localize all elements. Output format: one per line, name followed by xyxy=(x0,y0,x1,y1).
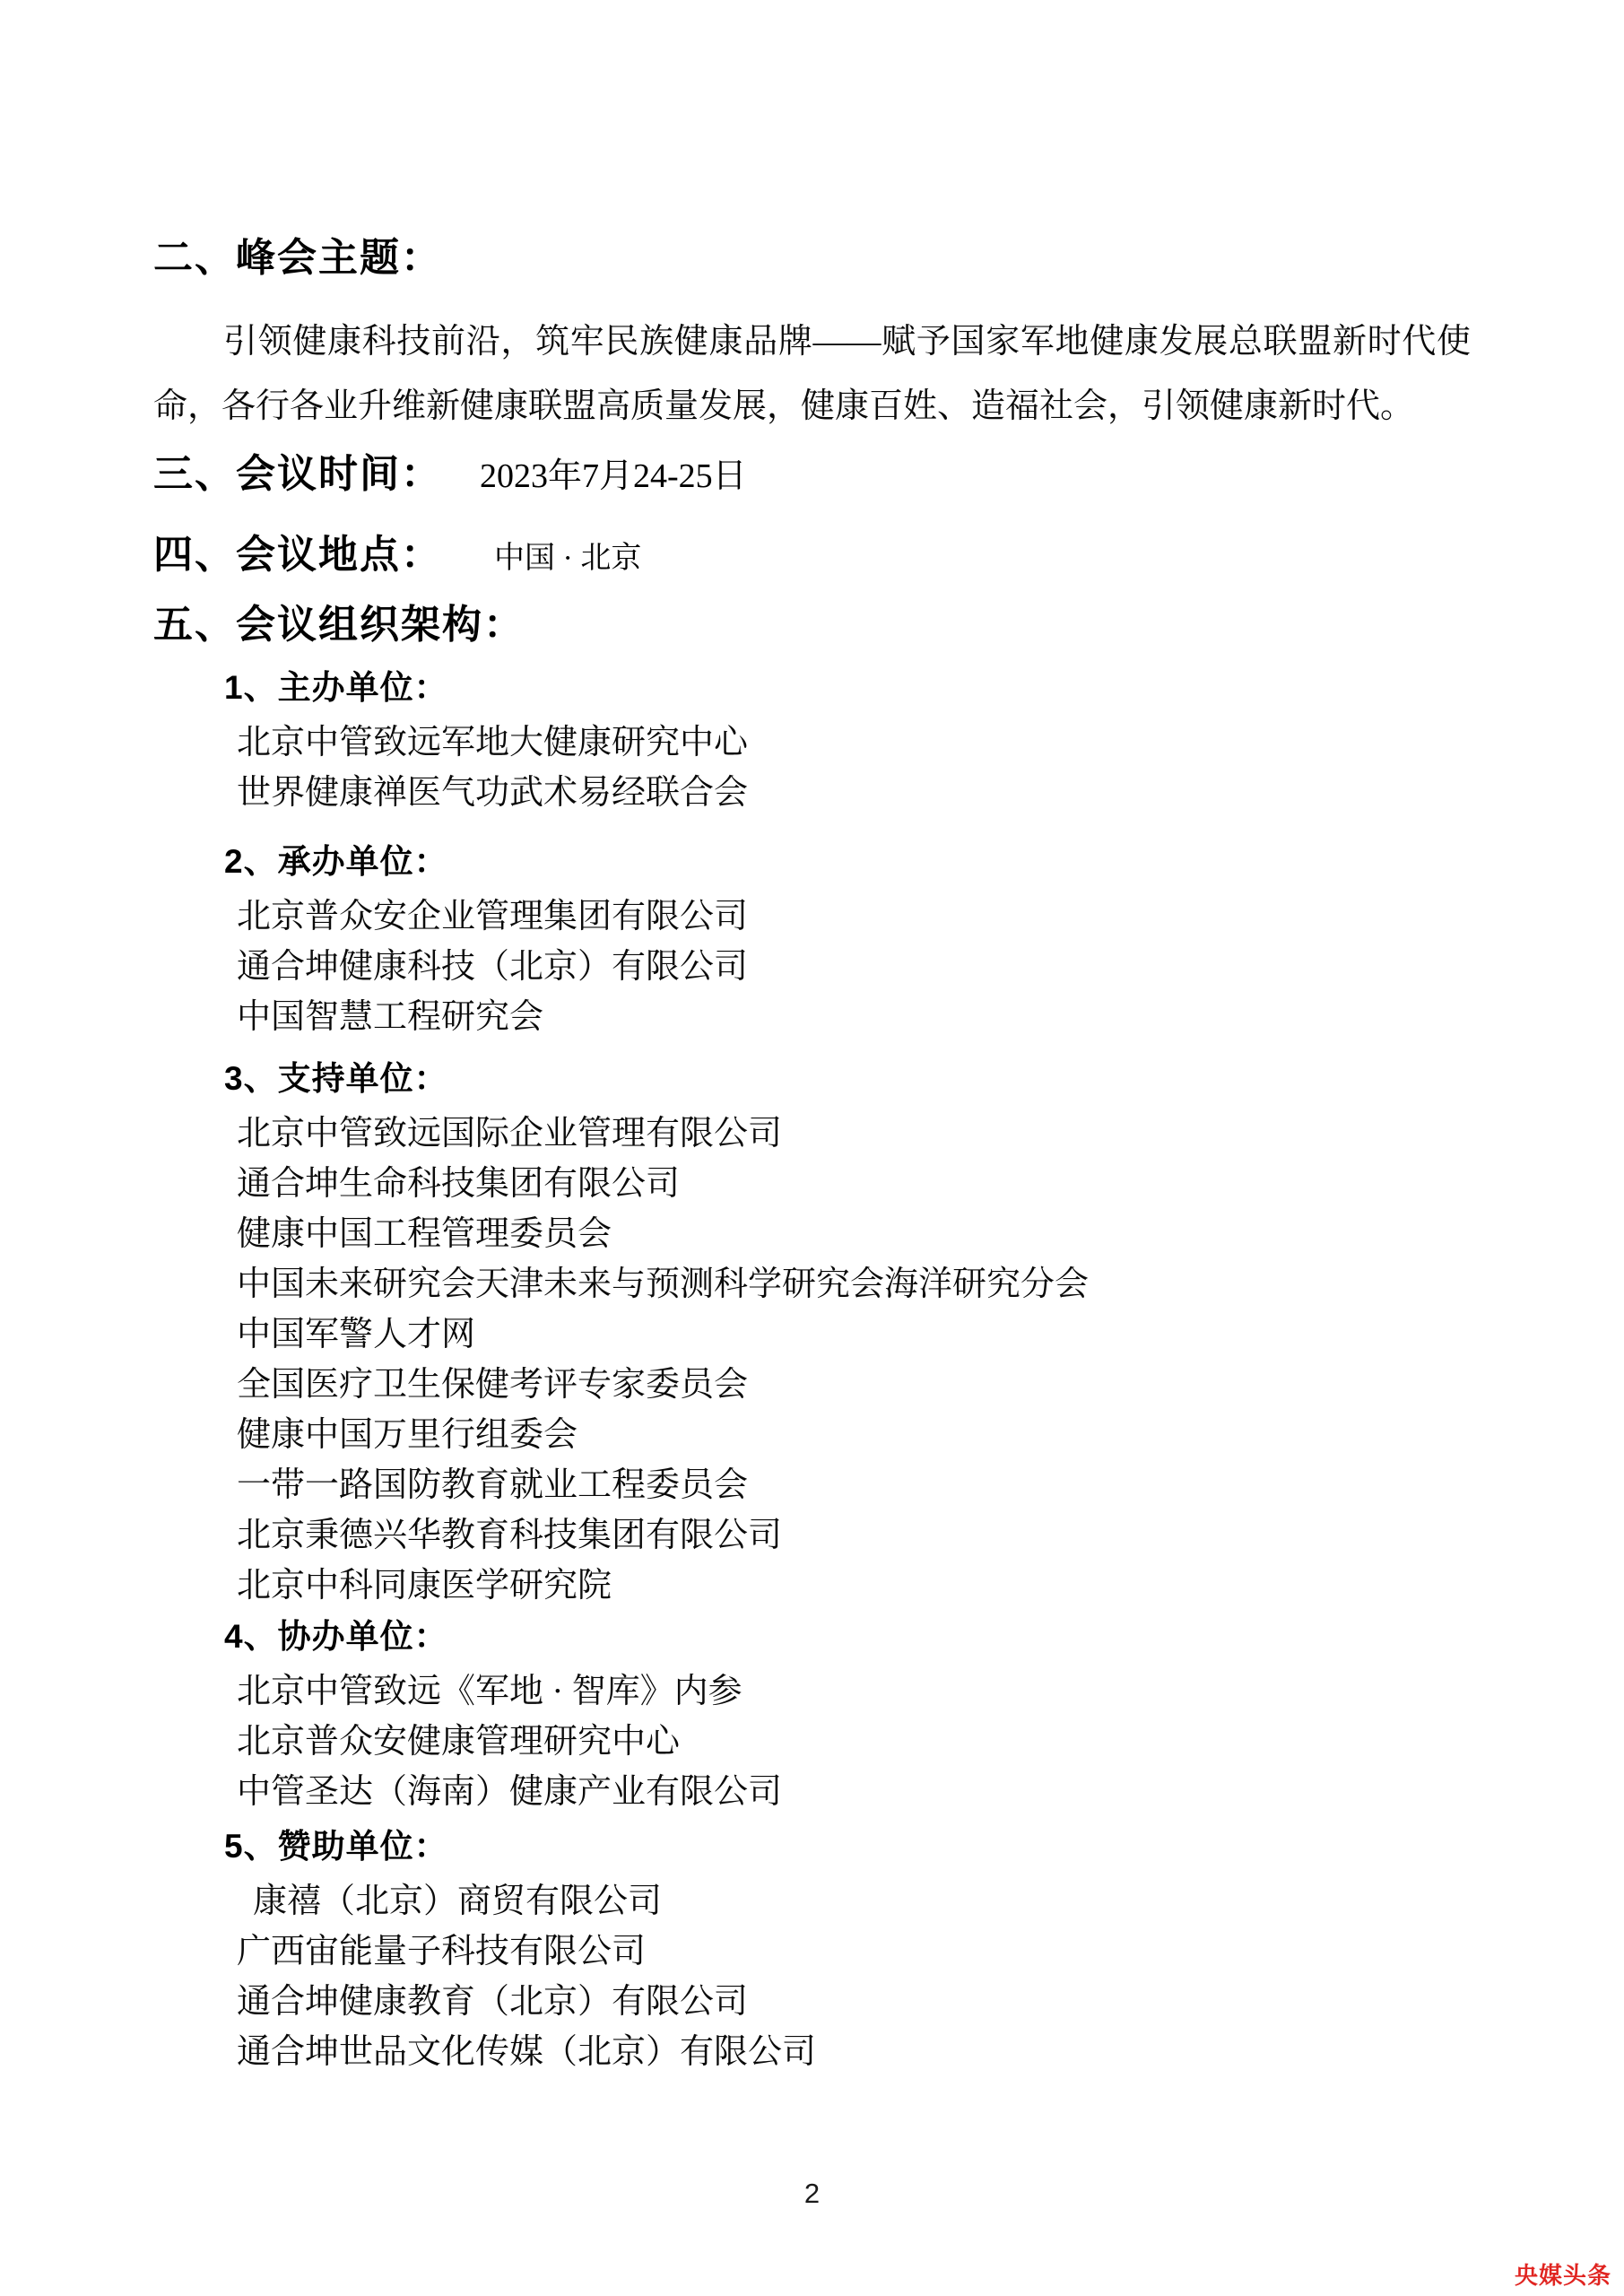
support-unit-list: 北京中管致远国际企业管理有限公司 通合坤生命科技集团有限公司 健康中国工程管理委… xyxy=(237,1109,1471,1611)
unit-item: 中管圣达（海南）健康产业有限公司 xyxy=(237,1767,1471,1817)
theme-paragraph: 引领健康科技前沿，筑牢民族健康品牌——赋予国家军地健康发展总联盟新时代使命，各行… xyxy=(153,309,1471,439)
unit-item: 北京中科同康医学研究院 xyxy=(237,1561,1471,1611)
unit-item: 健康中国工程管理委员会 xyxy=(237,1209,1471,1259)
org-subsection-organizer: 2、承办单位： 北京普众安企业管理集团有限公司 通合坤健康科技（北京）有限公司 … xyxy=(224,841,1471,1042)
unit-item: 健康中国万里行组委会 xyxy=(237,1410,1471,1460)
section-title-theme: 二、峰会主题： xyxy=(153,236,1471,281)
org-subsection-host: 1、主办单位： 北京中管致远军地大健康研究中心 世界健康禅医气功武术易经联合会 xyxy=(224,667,1471,818)
org-subheading-organizer: 2、承办单位： xyxy=(224,841,1471,883)
unit-item: 北京中管致远国际企业管理有限公司 xyxy=(237,1109,1471,1159)
section-title-time: 三、会议时间： xyxy=(153,452,442,497)
unit-item: 广西宙能量子科技有限公司 xyxy=(237,1926,1471,1977)
unit-item: 一带一路国防教育就业工程委员会 xyxy=(237,1460,1471,1510)
sponsor-unit-list: 康禧（北京）商贸有限公司 广西宙能量子科技有限公司 通合坤健康教育（北京）有限公… xyxy=(237,1876,1471,2077)
org-subheading-support: 3、支持单位： xyxy=(224,1058,1471,1100)
section-row-place: 四、会议地点： 中国 · 北京 xyxy=(153,533,1471,578)
section-title-structure: 五、会议组织架构： xyxy=(153,603,1471,648)
organizer-unit-list: 北京普众安企业管理集团有限公司 通合坤健康科技（北京）有限公司 中国智慧工程研究… xyxy=(237,891,1471,1042)
document-page: 二、峰会主题： 引领健康科技前沿，筑牢民族健康品牌——赋予国家军地健康发展总联盟… xyxy=(0,0,1624,2296)
unit-item: 全国医疗卫生保健考评专家委员会 xyxy=(237,1360,1471,1410)
org-subsection-support: 3、支持单位： 北京中管致远国际企业管理有限公司 通合坤生命科技集团有限公司 健… xyxy=(224,1058,1471,1611)
document-content: 二、峰会主题： 引领健康科技前沿，筑牢民族健康品牌——赋予国家军地健康发展总联盟… xyxy=(153,236,1471,2077)
unit-item: 康禧（北京）商贸有限公司 xyxy=(237,1876,1471,1926)
meeting-time-value: 2023年7月24-25日 xyxy=(480,448,747,497)
unit-item: 世界健康禅医气功武术易经联合会 xyxy=(237,768,1471,818)
unit-item: 北京普众安健康管理研究中心 xyxy=(237,1717,1471,1767)
section-title-place: 四、会议地点： xyxy=(153,533,442,578)
unit-item: 北京秉德兴华教育科技集团有限公司 xyxy=(237,1510,1471,1561)
unit-item: 通合坤生命科技集团有限公司 xyxy=(237,1159,1471,1209)
unit-item: 中国未来研究会天津未来与预测科学研究会海洋研究分会 xyxy=(237,1259,1471,1309)
unit-item: 通合坤健康教育（北京）有限公司 xyxy=(237,1977,1471,2027)
org-subheading-host: 1、主办单位： xyxy=(224,667,1471,709)
org-subheading-coorganizer: 4、协办单位： xyxy=(224,1616,1471,1657)
org-subsection-sponsor: 5、赞助单位： 康禧（北京）商贸有限公司 广西宙能量子科技有限公司 通合坤健康教… xyxy=(224,1826,1471,2077)
org-subheading-sponsor: 5、赞助单位： xyxy=(224,1826,1471,1867)
meeting-place-value: 中国 · 北京 xyxy=(494,533,641,577)
host-unit-list: 北京中管致远军地大健康研究中心 世界健康禅医气功武术易经联合会 xyxy=(237,717,1471,818)
unit-item: 通合坤世品文化传媒（北京）有限公司 xyxy=(237,2027,1471,2077)
unit-item: 通合坤健康科技（北京）有限公司 xyxy=(237,942,1471,992)
watermark-label: 央媒头条 xyxy=(1515,2257,1611,2291)
unit-item: 中国军警人才网 xyxy=(237,1309,1471,1360)
unit-item: 北京中管致远《军地 · 智库》内参 xyxy=(237,1666,1471,1717)
section-row-time: 三、会议时间： 2023年7月24-25日 xyxy=(153,448,1471,497)
coorganizer-unit-list: 北京中管致远《军地 · 智库》内参 北京普众安健康管理研究中心 中管圣达（海南）… xyxy=(237,1666,1471,1817)
unit-item: 北京中管致远军地大健康研究中心 xyxy=(237,717,1471,768)
unit-item: 中国智慧工程研究会 xyxy=(237,992,1471,1042)
org-subsection-coorganizer: 4、协办单位： 北京中管致远《军地 · 智库》内参 北京普众安健康管理研究中心 … xyxy=(224,1616,1471,1817)
page-number: 2 xyxy=(0,2178,1624,2210)
unit-item: 北京普众安企业管理集团有限公司 xyxy=(237,891,1471,942)
